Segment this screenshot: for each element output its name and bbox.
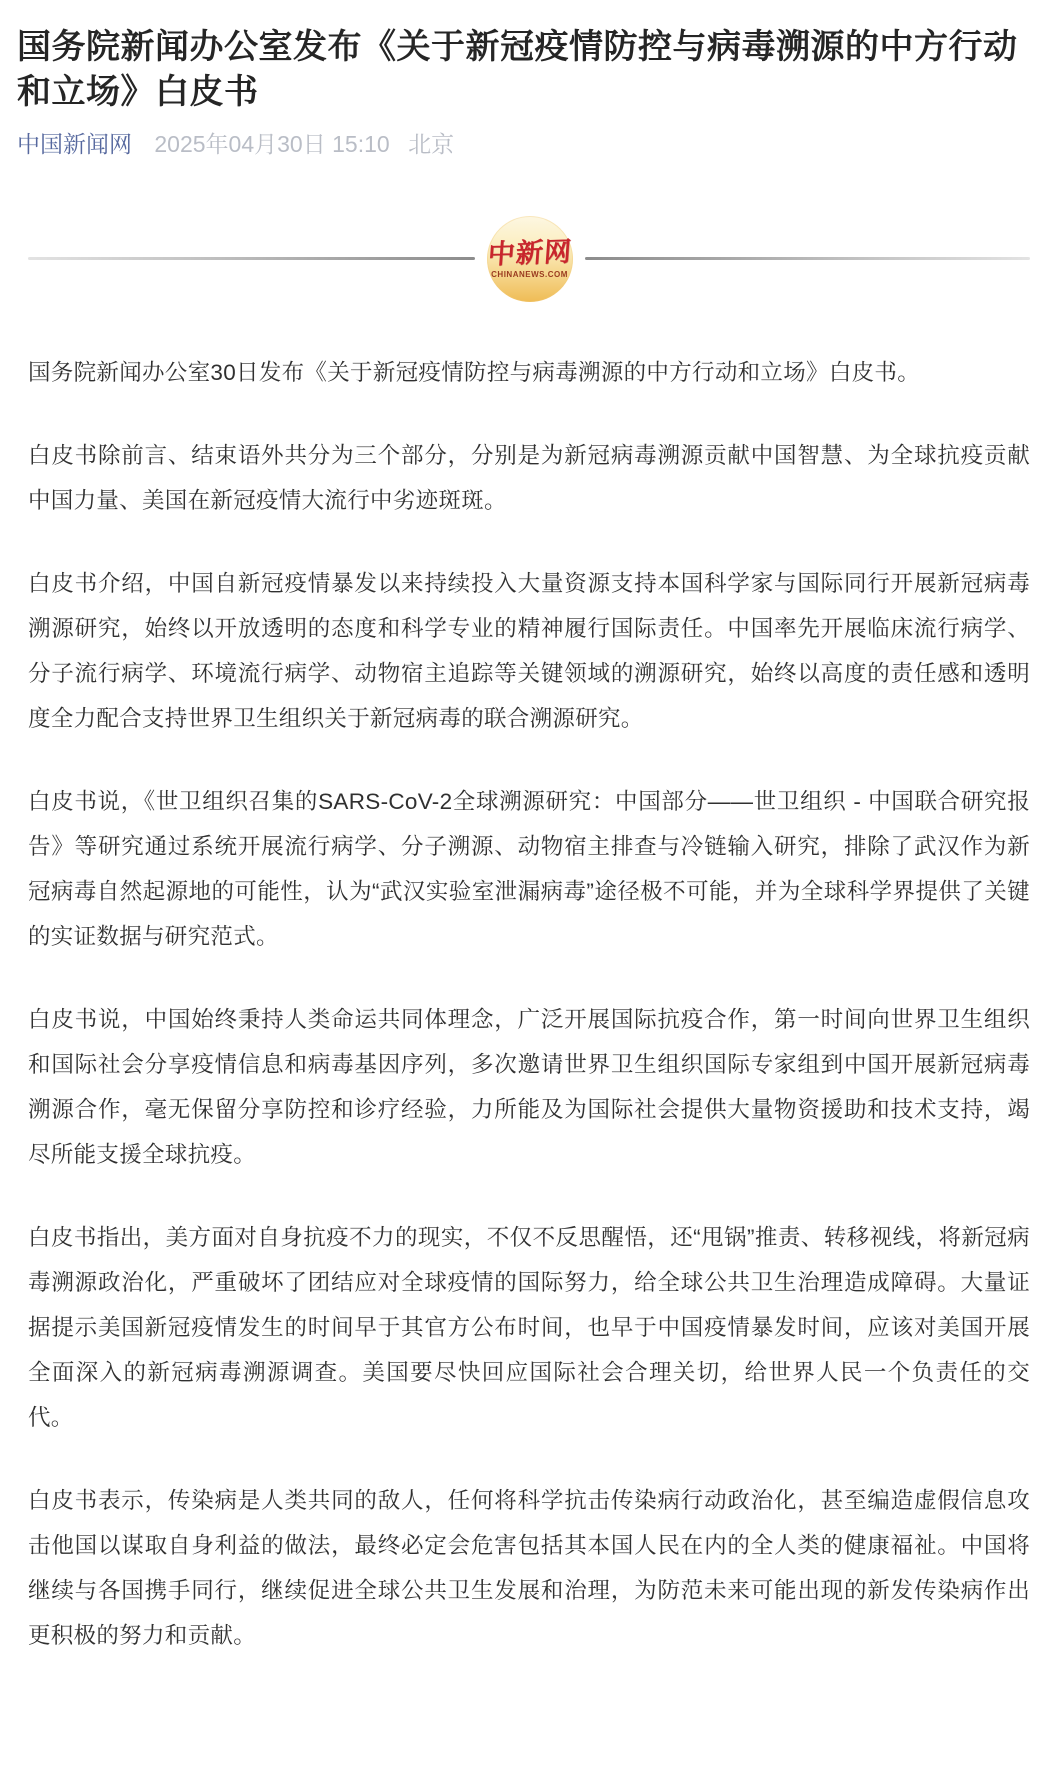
- chinanews-logo-icon: 中新网 CHINANEWS.COM: [487, 216, 573, 302]
- article-meta: 中国新闻网 2025年04月30日 15:10 北京: [17, 129, 1042, 159]
- divider-line-left: [28, 257, 475, 260]
- publish-location: 北京: [408, 131, 454, 157]
- article-header: 国务院新闻办公室发布《关于新冠疫情防控与病毒溯源的中方行动和立场》白皮书 中国新…: [0, 25, 1059, 159]
- source-link[interactable]: 中国新闻网: [17, 131, 132, 157]
- article-paragraph: 白皮书指出，美方面对自身抗疫不力的现实，不仅不反思醒悟，还“甩锅”推责、转移视线…: [28, 1215, 1030, 1440]
- logo-hanzi-text: 中新网: [486, 238, 572, 269]
- divider-line-right: [585, 257, 1031, 260]
- logo-divider: 中新网 CHINANEWS.COM: [0, 216, 1059, 302]
- publish-datetime: 2025年04月30日 15:10: [154, 131, 389, 157]
- article-paragraph: 白皮书说，《世卫组织召集的SARS-CoV-2全球溯源研究：中国部分——世卫组织…: [28, 779, 1030, 959]
- article-paragraph: 白皮书介绍，中国自新冠疫情暴发以来持续投入大量资源支持本国科学家与国际同行开展新…: [28, 561, 1030, 741]
- article-title: 国务院新闻办公室发布《关于新冠疫情防控与病毒溯源的中方行动和立场》白皮书: [17, 25, 1042, 115]
- article-page: 国务院新闻办公室发布《关于新冠疫情防控与病毒溯源的中方行动和立场》白皮书 中国新…: [0, 0, 1059, 1783]
- article-paragraph: 白皮书说，中国始终秉持人类命运共同体理念，广泛开展国际抗疫合作，第一时间向世界卫…: [28, 997, 1030, 1177]
- logo-domain-text: CHINANEWS.COM: [491, 270, 568, 279]
- article-paragraph: 国务院新闻办公室30日发布《关于新冠疫情防控与病毒溯源的中方行动和立场》白皮书。: [28, 350, 1030, 395]
- article-body: 国务院新闻办公室30日发布《关于新冠疫情防控与病毒溯源的中方行动和立场》白皮书。…: [0, 350, 1059, 1658]
- article-paragraph: 白皮书表示，传染病是人类共同的敌人，任何将科学抗击传染病行动政治化，甚至编造虚假…: [28, 1478, 1030, 1658]
- article-paragraph: 白皮书除前言、结束语外共分为三个部分，分别是为新冠病毒溯源贡献中国智慧、为全球抗…: [28, 433, 1030, 523]
